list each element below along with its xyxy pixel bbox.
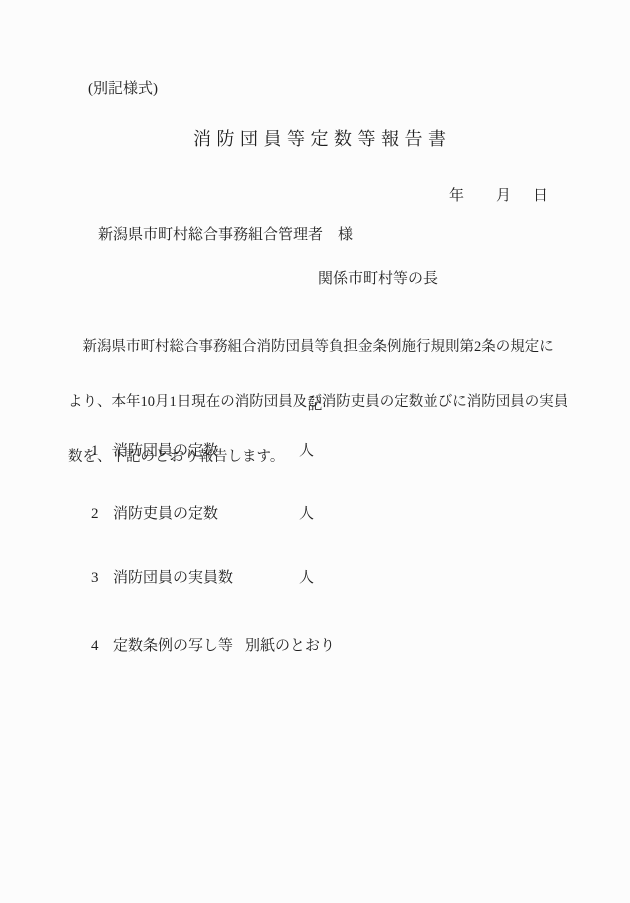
list-item: 4 定数条例の写し等 別紙のとおり xyxy=(0,639,630,656)
item-label: 消防団員の実員数 xyxy=(113,571,233,586)
addressee-line: 新潟県市町村総合事務組合管理者 様 xyxy=(98,228,353,243)
item-number: 4 xyxy=(91,639,99,654)
item-number: 1 xyxy=(91,444,99,459)
record-marker: 記 xyxy=(68,398,562,413)
item-number: 2 xyxy=(91,507,99,522)
form-style-note: (別記様式) xyxy=(88,82,158,97)
list-item: 2 消防吏員の定数 人 xyxy=(0,507,630,524)
list-item: 3 消防団員の実員数 人 xyxy=(0,571,630,588)
list-item: 1 消防団員の定数 人 xyxy=(0,444,630,461)
item-number: 3 xyxy=(91,571,99,586)
sender-line: 関係市町村等の長 xyxy=(318,272,438,287)
document-page: (別記様式) 消防団員等定数等報告書 年 月 日 新潟県市町村総合事務組合管理者… xyxy=(0,0,630,903)
item-label: 消防吏員の定数 xyxy=(113,507,218,522)
item-label: 定数条例の写し等 xyxy=(113,639,233,654)
item-note: 別紙のとおり xyxy=(245,639,335,654)
item-unit: 人 xyxy=(299,444,314,459)
item-unit: 人 xyxy=(299,571,314,586)
page-title: 消防団員等定数等報告書 xyxy=(193,130,452,148)
item-unit: 人 xyxy=(299,507,314,522)
date-day-label: 日 xyxy=(533,189,548,204)
body-line: 新潟県市町村総合事務組合消防団員等負担金条例施行規則第2条の規定に xyxy=(68,334,580,360)
date-month-label: 月 xyxy=(496,189,511,204)
item-label: 消防団員の定数 xyxy=(113,444,218,459)
date-year-label: 年 xyxy=(449,189,464,204)
